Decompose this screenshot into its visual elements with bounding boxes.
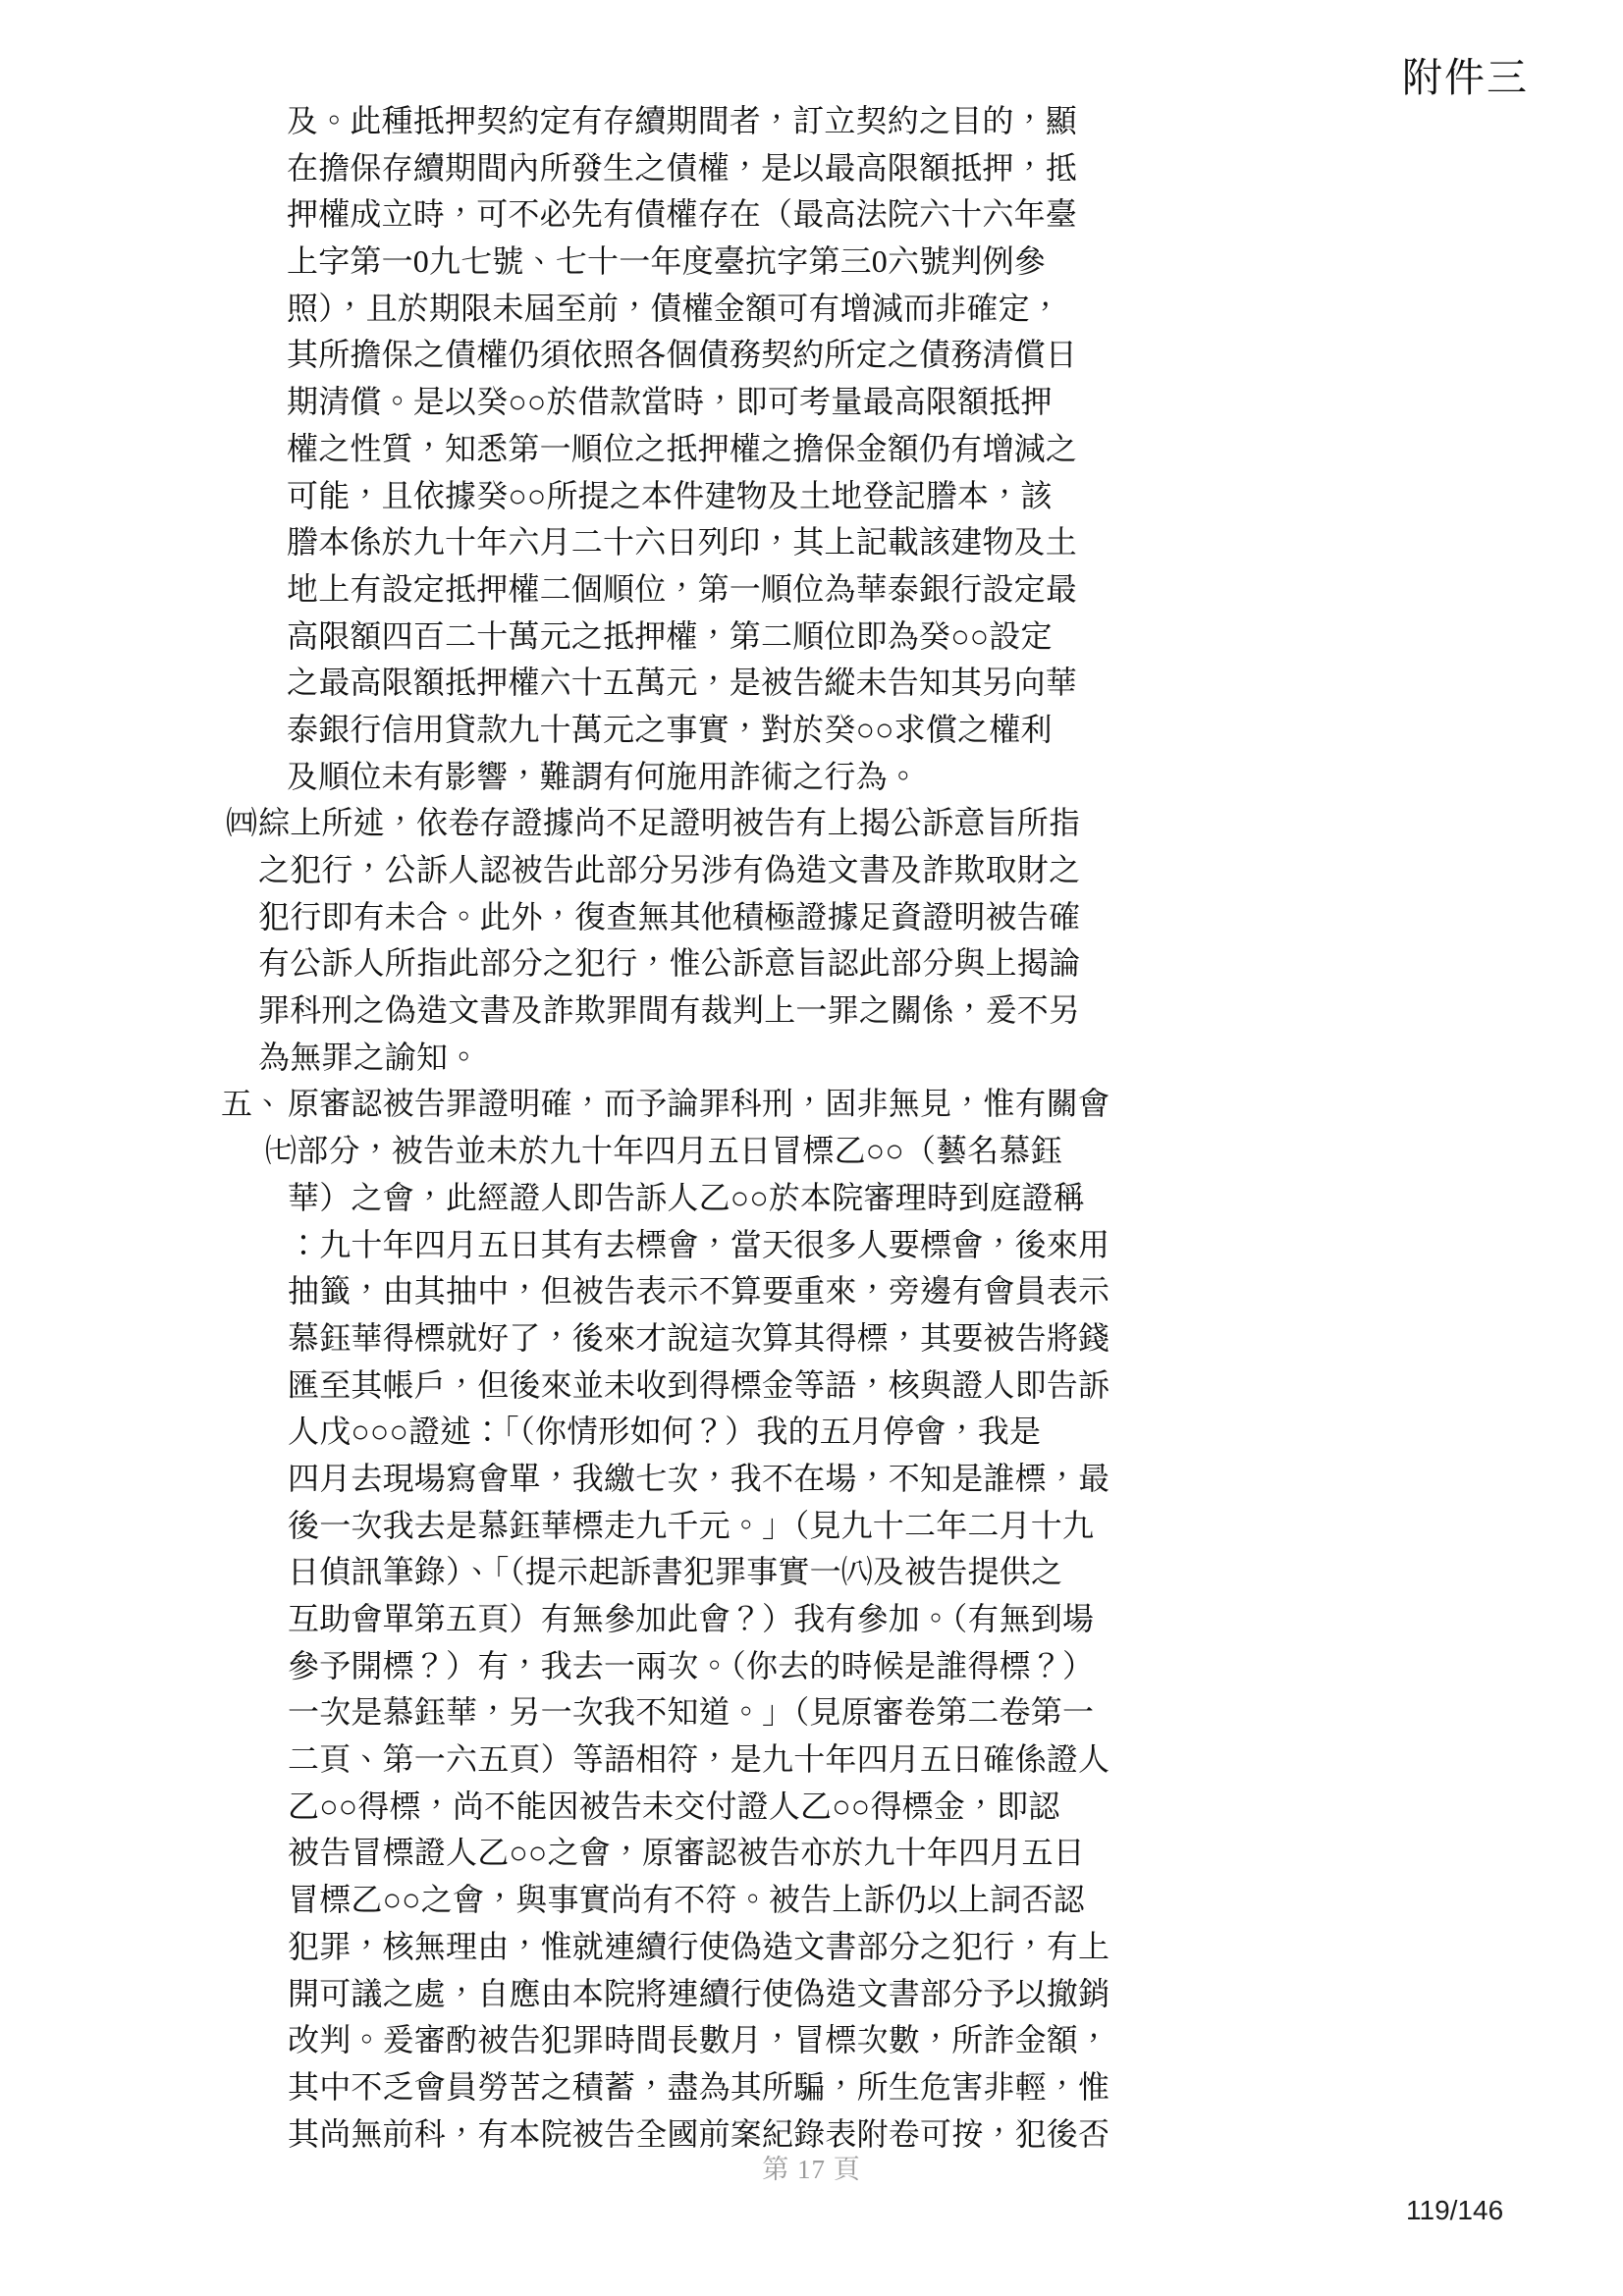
text-line: 被告冒標證人乙○○之會，原審認被告亦於九十年四月五日 <box>288 1830 1623 1877</box>
text-line: 可能，且依據癸○○所提之本件建物及土地登記謄本，該 <box>287 473 1623 520</box>
text-line: 泰銀行信用貸款九十萬元之事實，對於癸○○求償之權利 <box>287 707 1623 754</box>
paragraph: 及。此種抵押契約定有存續期間者，訂立契約之目的，顯在擔保存續期間內所發生之債權，… <box>287 98 1623 800</box>
text-line: 慕鈺華得標就好了，後來才說這次算其得標，其要被告將錢 <box>288 1315 1623 1362</box>
text-line: 五、原審認被告罪證明確，而予論罪科刑，固非無見，惟有關會 <box>288 1081 1623 1128</box>
text-line: 為無罪之諭知。 <box>258 1035 1623 1082</box>
text-line: 匯至其帳戶，但後來並未收到得標金等語，核與證人即告訴 <box>288 1362 1623 1410</box>
footer-page-number: 第 17 頁 <box>0 2148 1623 2186</box>
list-marker: ㈣ <box>226 800 258 847</box>
text-line: 之最高限額抵押權六十五萬元，是被告縱未告知其另向華 <box>287 660 1623 707</box>
text-line: 人戊○○○證述：「（你情形如何？）我的五月停會，我是 <box>288 1409 1623 1456</box>
text-line: 及。此種抵押契約定有存續期間者，訂立契約之目的，顯 <box>287 98 1623 145</box>
text-line: 上字第一0九七號、七十一年度臺抗字第三0六號判例參 <box>287 239 1623 286</box>
text-line: 照），且於期限未屆至前，債權金額可有增減而非確定， <box>287 286 1623 333</box>
text-line: 押權成立時，可不必先有債權存在（最高法院六十六年臺 <box>287 191 1623 239</box>
text-line: 一次是慕鈺華，另一次我不知道。」（見原審卷第二卷第一 <box>288 1689 1623 1736</box>
text-line: 互助會單第五頁）有無參加此會？）我有參加。（有無到場 <box>288 1596 1623 1643</box>
text-line: 四月去現場寫會單，我繳七次，我不在場，不知是誰標，最 <box>288 1456 1623 1503</box>
text-line: 權之性質，知悉第一順位之抵押權之擔保金額仍有增減之 <box>287 426 1623 473</box>
text-line: 在擔保存續期間內所發生之債權，是以最高限額抵押，抵 <box>287 145 1623 192</box>
text-line: 乙○○得標，尚不能因被告未交付證人乙○○得標金，即認 <box>288 1784 1623 1831</box>
document-body: 及。此種抵押契約定有存續期間者，訂立契約之目的，顯在擔保存續期間內所發生之債權，… <box>0 98 1623 2158</box>
text-line: 改判。爰審酌被告犯罪時間長數月，冒標次數，所詐金額， <box>288 2017 1623 2064</box>
text-line: 後一次我去是慕鈺華標走九千元。」（見九十二年二月十九 <box>288 1503 1623 1550</box>
sheet-counter: 119/146 <box>1406 2195 1503 2226</box>
text-line: 華）之會，此經證人即告訴人乙○○於本院審理時到庭證稱 <box>288 1175 1623 1222</box>
text-line: 犯行即有未合。此外，復查無其他積極證據足資證明被告確 <box>258 894 1623 941</box>
text-line: 期清償。是以癸○○於借款當時，即可考量最高限額抵押 <box>287 379 1623 426</box>
text-line: 二頁、第一六五頁）等語相符，是九十年四月五日確係證人 <box>288 1736 1623 1784</box>
text-line: ㈦部分，被告並未於九十年四月五日冒標乙○○（藝名慕鈺 <box>288 1128 1623 1175</box>
text-line: 日偵訊筆錄）、「（提示起訴書犯罪事實一㈧及被告提供之 <box>288 1549 1623 1596</box>
text-line: ：九十年四月五日其有去標會，當天很多人要標會，後來用 <box>288 1222 1623 1269</box>
text-line: 其所擔保之債權仍須依照各個債務契約所定之債務清償日 <box>287 332 1623 379</box>
text-line: 及順位未有影響，難謂有何施用詐術之行為。 <box>287 754 1623 801</box>
text-line: 其中不乏會員勞苦之積蓄，盡為其所騙，所生危害非輕，惟 <box>288 2064 1623 2111</box>
paragraph: ㈣綜上所述，依卷存證據尚不足證明被告有上揭公訴意旨所指之犯行，公訴人認被告此部分… <box>258 800 1623 1081</box>
text-line: 冒標乙○○之會，與事實尚有不符。被告上訴仍以上詞否認 <box>288 1877 1623 1924</box>
text-line: 抽籤，由其抽中，但被告表示不算要重來，旁邊有會員表示 <box>288 1268 1623 1315</box>
document-page: 附件三 及。此種抵押契約定有存續期間者，訂立契約之目的，顯在擔保存續期間內所發生… <box>0 0 1623 2296</box>
text-line: 之犯行，公訴人認被告此部分另涉有偽造文書及詐欺取財之 <box>258 847 1623 894</box>
text-line: ㈣綜上所述，依卷存證據尚不足證明被告有上揭公訴意旨所指 <box>258 800 1623 847</box>
text-line: 開可議之處，自應由本院將連續行使偽造文書部分予以撤銷 <box>288 1971 1623 2018</box>
text-line: 謄本係於九十年六月二十六日列印，其上記載該建物及土 <box>287 519 1623 566</box>
text-line: 犯罪，核無理由，惟就連續行使偽造文書部分之犯行，有上 <box>288 1924 1623 1971</box>
text-line: 高限額四百二十萬元之抵押權，第二順位即為癸○○設定 <box>287 614 1623 661</box>
paragraph: 五、原審認被告罪證明確，而予論罪科刑，固非無見，惟有關會㈦部分，被告並未於九十年… <box>288 1081 1623 2158</box>
text-line: 參予開標？）有，我去一兩次。（你去的時候是誰得標？） <box>288 1643 1623 1690</box>
text-line: 罪科刑之偽造文書及詐欺罪間有裁判上一罪之關係，爰不另 <box>258 988 1623 1035</box>
text-line: 地上有設定抵押權二個順位，第一順位為華泰銀行設定最 <box>287 566 1623 614</box>
list-marker: 五、 <box>221 1081 288 1128</box>
attachment-label: 附件三 <box>1402 45 1529 103</box>
text-line: 有公訴人所指此部分之犯行，惟公訴意旨認此部分與上揭論 <box>258 940 1623 988</box>
